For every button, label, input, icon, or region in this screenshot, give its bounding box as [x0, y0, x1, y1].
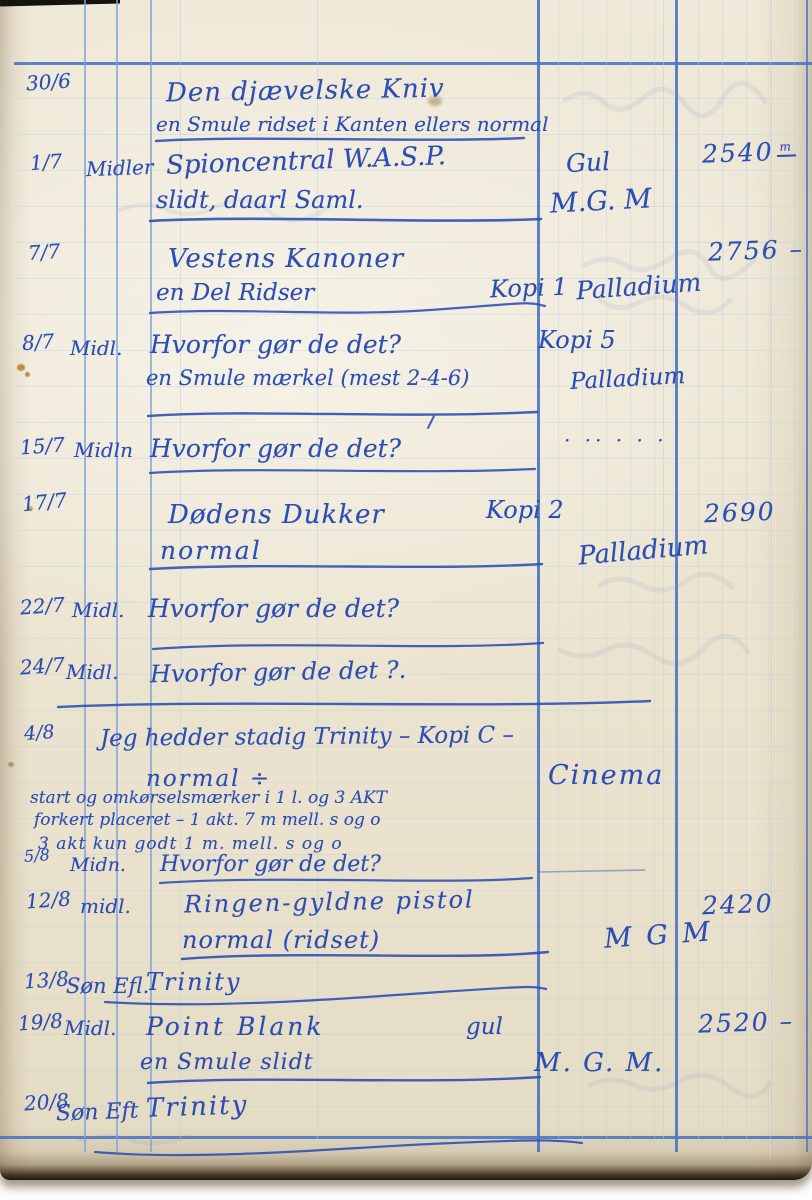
entry-note: en Del Ridser: [156, 280, 314, 306]
horizontal-rule-line: [14, 962, 810, 963]
entry-dots: · ·· · · ·: [564, 428, 668, 452]
entry-abbrev: midl.: [80, 894, 131, 918]
entry-date: 19/8: [17, 1008, 63, 1035]
vertical-rule-line: [558, 0, 559, 1152]
vertical-rule-line: [675, 0, 678, 1152]
entry-date: 24/7: [19, 652, 65, 679]
horizontal-rule-line: [14, 314, 810, 315]
entry-title: Jeg hedder stadig Trinity – Kopi C –: [100, 722, 514, 752]
entry-detail: forkert placeret – 1 akt. 7 m mell. s og…: [34, 810, 381, 830]
entry-title: Hvorfor gør de det?: [150, 434, 401, 463]
horizontal-rule-line: [14, 494, 810, 495]
entry-date: 8/7: [21, 329, 55, 355]
horizontal-rule-line: [14, 458, 810, 459]
entry-title: Point Blank: [146, 1012, 324, 1041]
entry-detail: start og omkørselsmærker i 1 l. og 3 AKT: [30, 788, 387, 808]
entry-date: 1/7: [29, 149, 63, 175]
entry-date: 15/7: [19, 432, 65, 459]
entry-note: slidt, daarl Saml.: [156, 186, 364, 214]
horizontal-rule-line: [14, 1070, 810, 1071]
entry-date: 22/7: [19, 592, 65, 619]
vertical-rule-line: [794, 0, 795, 1152]
entry-company: M.G. M: [549, 183, 652, 219]
horizontal-rule-line: [14, 602, 810, 603]
entry-copy: Kopi 5: [538, 326, 616, 354]
vertical-rule-line: [806, 0, 808, 1152]
entry-abbrev: Midl.: [64, 1016, 116, 1040]
horizontal-rule-line: [14, 566, 810, 567]
vertical-rule-line: [654, 0, 655, 1152]
entry-price: 2756 –: [708, 234, 805, 266]
entry-company: Palladium: [577, 530, 709, 571]
entry-title: Den djævelske Kniv: [166, 74, 445, 109]
entry-date: 13/8: [23, 966, 69, 993]
entry-company: Cinema: [548, 760, 664, 791]
horizontal-rule-line: [14, 782, 810, 783]
entry-title: Hvorfor gør de det?: [148, 594, 399, 623]
entry-copy: Kopi 2: [486, 496, 564, 524]
entry-title: Hvorfor gør de det ?.: [150, 656, 407, 688]
entry-note: normal (ridset): [182, 926, 380, 954]
entry-copy: Kopi 1: [490, 273, 569, 304]
vertical-rule-line: [630, 0, 631, 1152]
entry-abbrev: Søn Eft: [56, 1099, 139, 1127]
entry-date: 5/8: [23, 845, 50, 866]
entry-title: Vestens Kanoner: [168, 244, 404, 274]
horizontal-rule-line: [14, 206, 810, 207]
entry-title: Spioncentral W.A.S.P.: [166, 141, 447, 181]
entry-note: normal: [160, 536, 262, 565]
entry-title: Ringen-gyldne pistol: [184, 885, 475, 918]
horizontal-rule-line: [14, 854, 810, 855]
stain-spot: [17, 364, 25, 371]
entry-note: en Smule slidt: [140, 1050, 314, 1075]
entry-abbrev: Søn Efl.: [66, 974, 149, 998]
entry-title: Hvorfor gør de det?: [150, 330, 401, 359]
entry-note: en Smule ridset i Kanten ellers normal: [156, 112, 549, 136]
entry-date: 17/7: [21, 488, 68, 517]
horizontal-rule-line: [14, 710, 810, 711]
entry-abbrev: Midler: [86, 155, 154, 181]
stain-spot: [25, 372, 30, 377]
entry-date: 12/8: [25, 886, 71, 913]
entry-abbrev: Midn.: [70, 854, 126, 876]
entry-abbrev: Midl.: [72, 598, 124, 622]
entry-note: en Smule mærkel (mest 2-4-6): [146, 366, 469, 390]
entry-company: Palladium: [575, 268, 702, 306]
entry-title: Dødens Dukker: [168, 500, 385, 530]
stain-spot: [8, 762, 14, 767]
entry-detail: 3 akt kun godt 1 m. mell. s og o: [38, 834, 343, 854]
scan-edge-shadow: [0, 0, 120, 6]
entry-company: M G M: [603, 916, 714, 955]
horizontal-rule-line: [14, 1034, 810, 1035]
price-mark: m: [776, 139, 796, 157]
horizontal-rule-line: [14, 638, 810, 639]
entry-date: 30/6: [25, 68, 71, 95]
entry-price: 2690: [704, 497, 777, 528]
horizontal-rule-line: [14, 350, 810, 351]
entry-price: 2520 –: [698, 1006, 795, 1038]
ledger-page: 30/6 Den djævelske Kniv en Smule ridset …: [0, 0, 812, 1180]
horizontal-rule-line: [14, 242, 810, 243]
paper-crease: [768, 0, 772, 1160]
entry-title: Hvorfor gør de det?: [160, 852, 381, 877]
horizontal-rule-line: [14, 62, 812, 65]
vertical-rule-line: [698, 0, 699, 1152]
horizontal-rule-line: [14, 998, 810, 999]
entry-copy: Gul: [565, 147, 611, 178]
entry-date: 7/7: [27, 239, 61, 265]
vertical-rule-line: [722, 0, 723, 1152]
entry-price: 2420: [702, 889, 775, 920]
horizontal-rule-line: [0, 1136, 812, 1139]
entry-company: M. G. M.: [534, 1048, 664, 1078]
vertical-rule-line: [663, 0, 664, 1152]
entry-abbrev: Midln: [74, 438, 133, 462]
entry-price: 2540m: [702, 136, 797, 168]
entry-company: Palladium: [569, 363, 685, 395]
vertical-rule-line: [746, 0, 747, 1152]
horizontal-rule-line: [14, 674, 810, 675]
entry-date: 4/8: [23, 721, 55, 745]
entry-abbrev: Midl.: [66, 660, 118, 684]
entry-title: Trinity: [146, 968, 242, 996]
page-bottom-edge: [0, 1152, 812, 1180]
horizontal-rule-line: [14, 422, 810, 423]
vertical-rule-line: [537, 0, 540, 1152]
scanned-ledger-scene: 30/6 Den djævelske Kniv en Smule ridset …: [0, 0, 812, 1200]
entry-abbrev: Midl.: [70, 336, 122, 360]
entry-copy: gul: [466, 1014, 503, 1040]
entry-title: Trinity: [146, 1090, 249, 1124]
